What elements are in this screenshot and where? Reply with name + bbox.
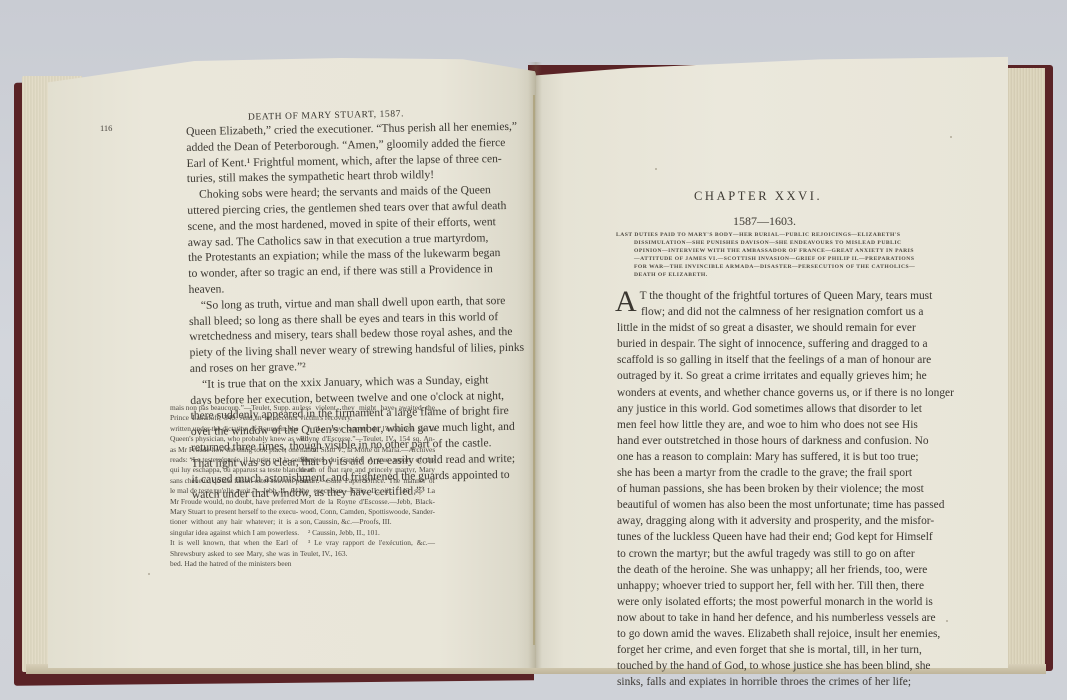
footnote-line: Teulet, IV., 163.	[300, 549, 435, 559]
footnote-line: le mal de teste qu'elle avoit.”—Jebb, II…	[170, 486, 298, 496]
footnote-line: mais non pas beaucoup.”—Teulet, Supp. au	[170, 403, 298, 413]
body-line: now about to take in hand her defence, a…	[617, 610, 911, 626]
body-line: the death of the heroine. She was unhapp…	[617, 562, 911, 578]
body-line: of human passions, she has been broken b…	[617, 481, 911, 497]
body-line: T the thought of the frightful tortures …	[617, 288, 911, 304]
summary-line: Last duties paid to Mary's body—Her buri…	[616, 231, 906, 239]
body-line: one has a reason to complain: Mary has s…	[617, 449, 911, 465]
footnote-line: ¹ “Le vray rapport de l'exécution de la	[300, 424, 435, 434]
footnote-line: victim's recovery.	[300, 413, 435, 423]
paper-speck	[946, 620, 948, 622]
body-line: hand ever outstretched in those hours of…	[617, 433, 911, 449]
footnote-line: Mr Froude would, no doubt, have preferre…	[170, 497, 298, 507]
body-line: touched by the hand of God, to whose jus…	[617, 658, 911, 674]
chapter-summary: Last duties paid to Mary's body—Her buri…	[616, 231, 906, 279]
body-line: to go down amid the waves. Elizabeth sha…	[617, 626, 911, 642]
open-book: DEATH OF MARY STUART, 1587. 116 Queen El…	[0, 0, 1067, 700]
body-line: wonders at events, and whether chance go…	[617, 385, 911, 401]
body-line: away, dragging along with it adversity a…	[617, 513, 911, 529]
binding-thread	[533, 95, 535, 645]
footnote-line: nali di Sisto V., la Morte di Maria.—Arc…	[300, 445, 435, 455]
body-line: buried in despair. The sight of innocenc…	[617, 336, 911, 352]
footnote-line: less violent, they might have awaited th…	[300, 403, 435, 413]
summary-line: opinion—Interview with the ambassador of…	[616, 247, 906, 255]
body-line: sinks, falls and expiates in horrible th…	[617, 674, 911, 690]
body-line: any justice in this world. God sometimes…	[617, 401, 911, 417]
footnote-line: tioner without any hair whatever; it is …	[170, 517, 298, 527]
footnote-line: bed. Had the hatred of the ministers bee…	[170, 559, 298, 569]
body-line: to crown the martyr; but the awful trage…	[617, 546, 911, 562]
footnote-line: ² Caussin, Jebb, II., 101.	[300, 528, 435, 538]
paper-speck	[655, 168, 657, 170]
body-line: she has been a martyr from the cradle to…	[617, 465, 911, 481]
body-line: unhappy; whoever tried to support her, f…	[617, 578, 911, 594]
summary-line: —Attitude of James VI.—Scottish invasion…	[616, 255, 906, 263]
summary-line: for war—The Invincible Armada—Disaster—P…	[616, 263, 906, 271]
footnote-line: sans cheueux, qu'elle faisoit oster souv…	[170, 476, 298, 486]
page-number-left: 116	[100, 123, 112, 133]
paper-speck	[148, 573, 150, 575]
body-line: tunes of the luckless Queen have had the…	[617, 529, 911, 545]
footnote-line: wood, Conn, Camden, Spottiswoode, Sander…	[300, 507, 435, 517]
footnote-line: Prince Labanoff, 349. And in an account	[170, 413, 298, 423]
summary-line: dissimulation—She punishes Davison—She e…	[616, 239, 906, 247]
chapter-title: CHAPTER XXVI.	[694, 189, 822, 204]
footnote-line: written under the dictation of Bourgoin,…	[170, 424, 298, 434]
footnote-line: singular idea against which I am powerle…	[170, 528, 298, 538]
footnote-line: qui luy eschappa, où apparust sa teste b…	[170, 465, 298, 475]
footnote-line: Queen's physician, who probably knew as …	[170, 434, 298, 444]
footnote-line: ³ Le vray rapport de l'exécution, &c.—	[300, 538, 435, 548]
body-line: beautiful of women has also been the mos…	[617, 497, 911, 513]
footnote-line: as Mr Froude how the thing took place, o…	[170, 445, 298, 455]
paper-speck	[950, 136, 952, 138]
footnote-line: Mary Stuart to present herself to the ex…	[170, 507, 298, 517]
footnote-line: death of that rare and princely martyr, …	[300, 465, 435, 475]
footnote-line: the execution.—Ellis, II., iii., 113 sq.…	[300, 486, 435, 496]
body-line: men feel how little they are, and woe to…	[617, 417, 911, 433]
body-line: forget her crime, and even forget that s…	[617, 642, 911, 658]
footnote-line: Stuart.—State Paper Office. The manner o…	[300, 476, 435, 486]
footnote-line: Royne d'Escosse.”—Teulet, IV., 154 sq. A…	[300, 434, 435, 444]
chapter-years: 1587—1603.	[733, 214, 796, 229]
right-page-body: A T the thought of the frightful torture…	[617, 288, 911, 690]
footnote-line: It is well known, that when the Earl of	[170, 538, 298, 548]
drop-cap: A	[615, 289, 637, 315]
book-gutter	[528, 62, 542, 668]
footnotes-left-column: mais non pas beaucoup.”—Teulet, Supp. au…	[170, 403, 298, 570]
page-edges-right	[1005, 68, 1045, 666]
body-line: little in the midst of so great a disast…	[617, 320, 911, 336]
footnote-line: reads: “La teste séparée, il la print pa…	[170, 455, 298, 465]
body-line: scaffold is so galling in itself that th…	[617, 352, 911, 368]
footnotes-right-column: less violent, they might have awaited th…	[300, 403, 435, 559]
footnote-line: Secrètes du Capitol. A true report of th…	[300, 455, 435, 465]
footnote-line: Shrewsbury asked to see Mary, she was in	[170, 549, 298, 559]
summary-line: Death of Elizabeth.	[616, 271, 906, 279]
body-line: flow; and did not the calmness of her re…	[617, 304, 911, 320]
body-line: outraged by it. So great a crime irritat…	[617, 368, 911, 384]
footnote-line: Mort de la Royne d'Escosse.—Jebb, Black-	[300, 497, 435, 507]
footnote-line: son, Caussin, &c.—Proofs, III.	[300, 517, 435, 527]
body-line: were only isolated efforts; the most pow…	[617, 594, 911, 610]
